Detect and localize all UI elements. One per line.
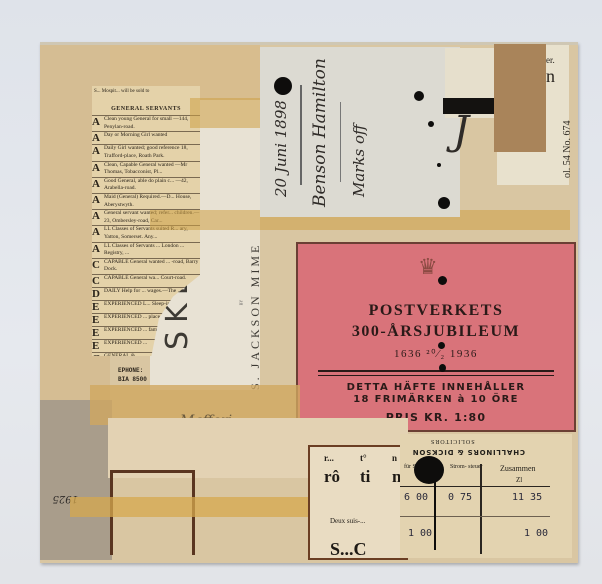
receipt-rule xyxy=(400,486,550,487)
script-letter: J xyxy=(453,108,469,154)
ticket-main: rô xyxy=(324,467,340,487)
news-row: ADay or Morning Girl wanted xyxy=(92,131,200,144)
news-row: AGood General, able do plain c... —42, A… xyxy=(92,177,200,193)
ink-dot-icon xyxy=(438,342,445,349)
ledger-letter: er. xyxy=(546,55,555,65)
ink-dot-icon xyxy=(437,163,441,167)
ink-dot-icon xyxy=(428,121,434,127)
booklet-rule xyxy=(318,370,554,376)
news-row: AClean young General for small —144, Pen… xyxy=(92,115,200,131)
receipt-value: 6 00 xyxy=(404,492,428,503)
booklet-contents-line1: DETTA HÄFTE INNEHÅLLER xyxy=(298,382,574,394)
letter-rule xyxy=(300,85,302,185)
ink-drip xyxy=(434,480,436,550)
receipt-rule xyxy=(400,516,550,517)
letter-line-note: Marks off xyxy=(350,124,368,197)
receipt-fragment: SOLICITORS CHALLINORS & DICKSON für S...… xyxy=(400,434,572,558)
author-name: S. JACKSON MIME xyxy=(248,243,263,390)
theatre-ticket: r... t° n rô ti n Deux suis-... S...C xyxy=(308,445,408,560)
receipt-solicitors: SOLICITORS xyxy=(430,438,475,444)
ink-dot-icon xyxy=(438,197,450,209)
news-row: ADaily Girl wanted; good reference 18, T… xyxy=(92,144,200,160)
letter-line-name: Benson Hamilton xyxy=(310,58,330,207)
receipt-currency: Zl xyxy=(516,476,522,484)
black-redaction-bar xyxy=(443,98,495,114)
receipt-value: 0 75 xyxy=(448,492,472,503)
telephone-number: BIA 8500 xyxy=(118,375,147,384)
telephone-block: EPHONE: BIA 8500 xyxy=(118,366,147,384)
telephone-label: EPHONE: xyxy=(118,366,147,375)
news-top-fragment: S... Mospit... will be sold to xyxy=(94,88,200,96)
booklet-dates: 1636 ²⁰⁄₂ 1936 xyxy=(298,347,574,360)
ticket-subtitle: Deux suis-... xyxy=(330,517,365,525)
receipt-value: 11 35 xyxy=(512,492,542,503)
booklet-title-line2: 300-ÅRSJUBILEUM xyxy=(298,323,574,341)
stamp-booklet-cover: ♛ POSTVERKETS 300-ÅRSJUBILEUM 1636 ²⁰⁄₂ … xyxy=(296,242,576,432)
receipt-col-right: Zusammen xyxy=(500,464,536,473)
receipt-value: 1 00 xyxy=(524,528,548,539)
news-row: AClean, Capable General wanted —Mr Thoma… xyxy=(92,161,200,177)
letter-line-date: 20 Juni 1898 xyxy=(272,100,290,197)
ink-dot-icon xyxy=(439,364,446,372)
news-row: CCAPABLE General wanted ... -road, Barry… xyxy=(92,258,200,274)
letter-rule xyxy=(340,102,341,182)
ink-blot-icon xyxy=(274,77,292,95)
ink-dot-icon xyxy=(414,91,424,101)
news-row: AMaid (General) Required.—D... House, Ab… xyxy=(92,193,200,209)
ink-dot-icon xyxy=(438,276,447,285)
ledger-letter: n xyxy=(546,66,555,87)
news-row: ALL Classes of Servants ... London ... R… xyxy=(92,242,200,258)
receipt-col-mid: Strom- steuer xyxy=(450,464,483,471)
crown-posthorn-icon: ♛ xyxy=(418,254,438,280)
receipt-divider xyxy=(480,464,482,554)
receipt-value: 1 00 xyxy=(408,528,432,539)
booklet-contents-line2: 18 FRIMÄRKEN à 10 ÖRE xyxy=(298,394,574,406)
ticket-header: r... xyxy=(324,453,334,463)
tape-strip-top xyxy=(190,98,260,128)
ink-splatter-icon xyxy=(414,456,444,484)
handwritten-letter: 20 Juni 1898 Benson Hamilton Marks off xyxy=(260,47,460,217)
receipt-firm: CHALLINORS & DICKSON xyxy=(412,448,525,456)
booklet-title-line1: POSTVERKETS xyxy=(298,302,574,320)
ticket-main: ti xyxy=(360,467,370,487)
ledger-number: ol. 54 No. 674 xyxy=(562,121,573,179)
news-row: CCAPABLE General wa... Court-road. xyxy=(92,274,200,287)
brown-paper-piece xyxy=(494,44,546,152)
ticket-header: n xyxy=(392,453,397,463)
ticket-bottom: S...C xyxy=(330,539,367,560)
ticket-header: t° xyxy=(360,453,367,463)
by-label: BY xyxy=(238,300,243,306)
news-heading: GENERAL SERVANTS xyxy=(92,106,200,114)
